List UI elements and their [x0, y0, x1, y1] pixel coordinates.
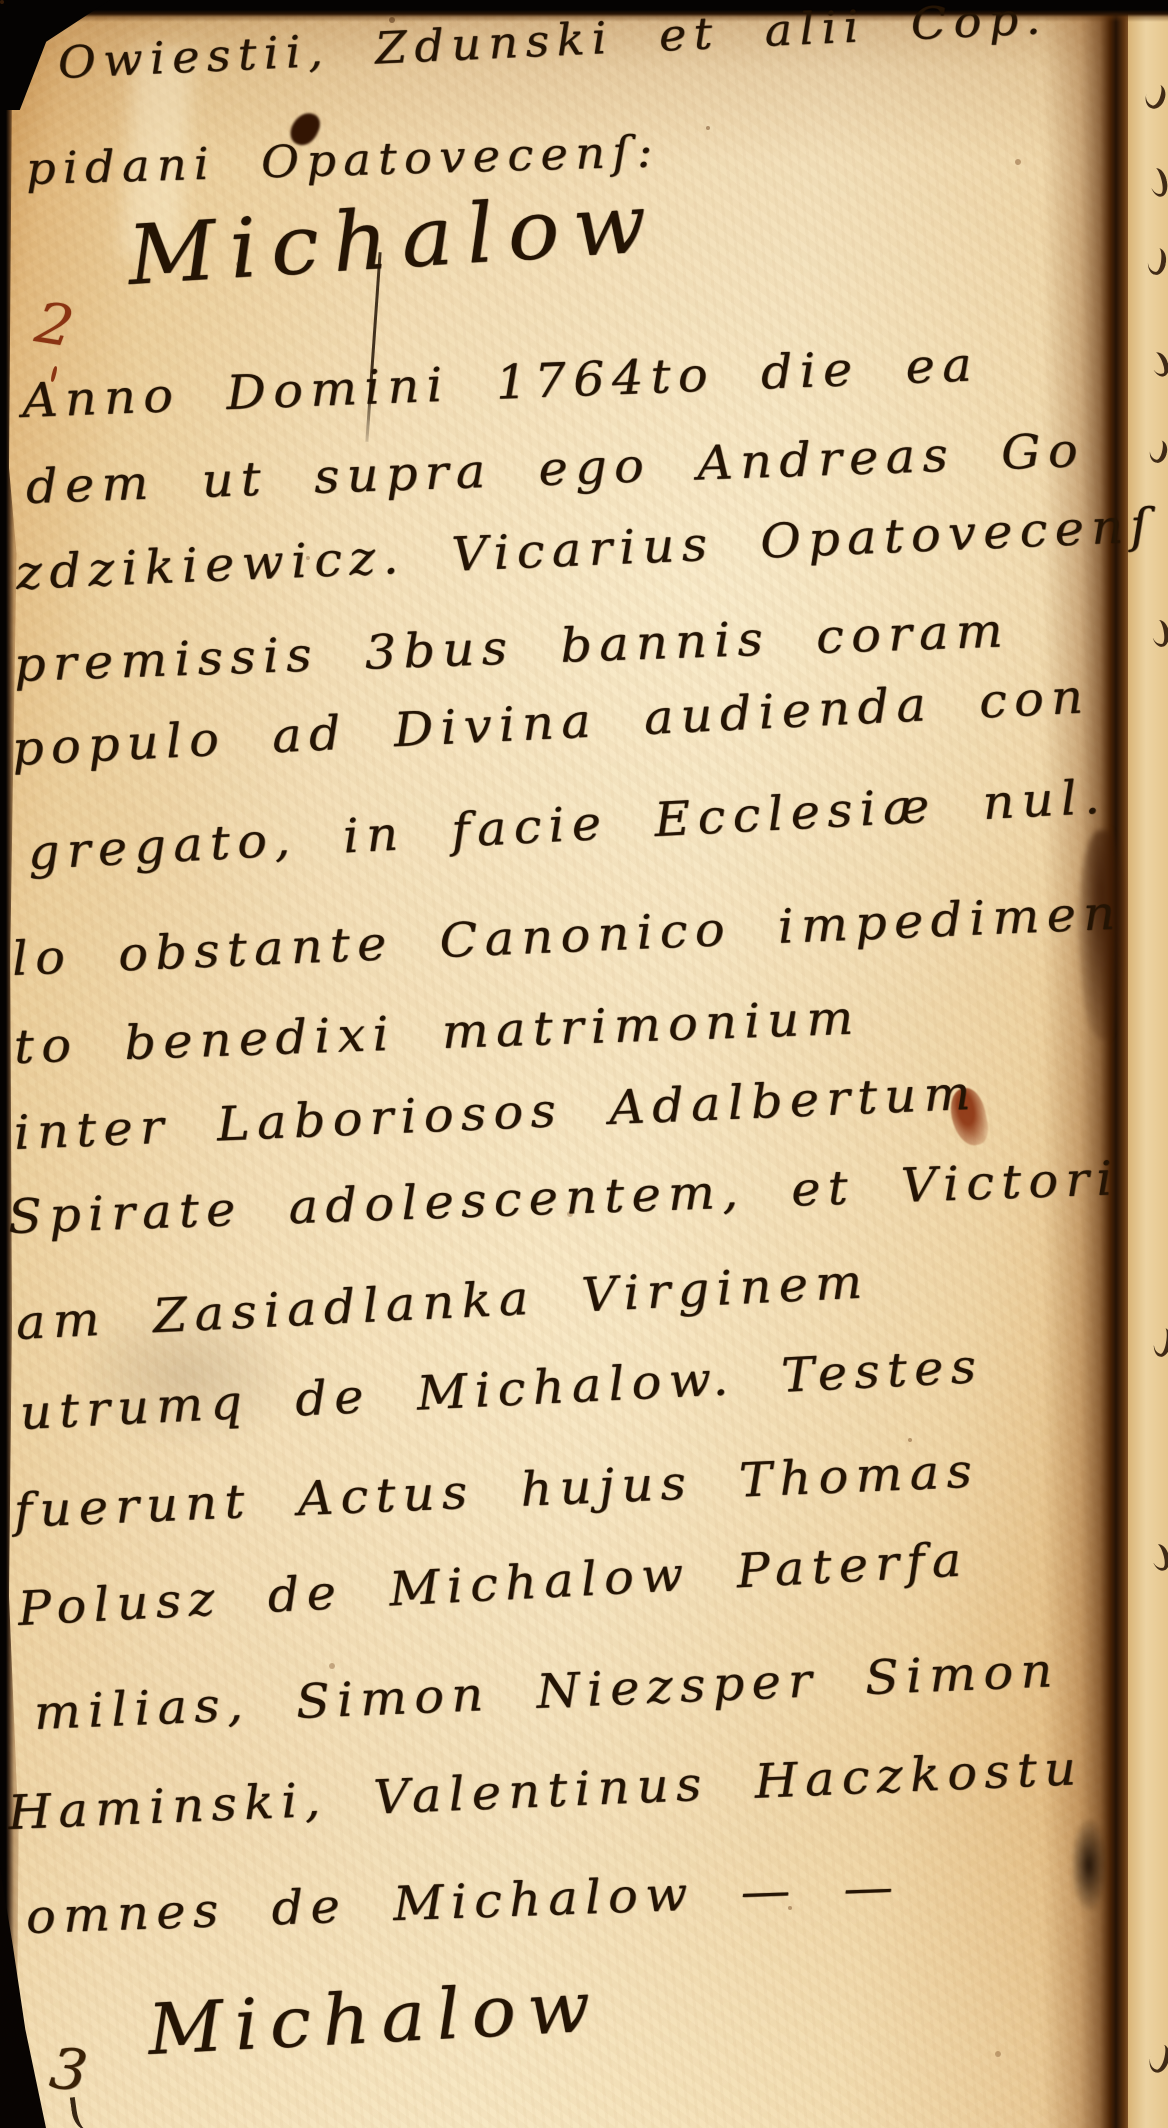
margin-entry-number: 3 [47, 2038, 91, 2103]
binding-gutter-shadow [1042, 0, 1142, 2128]
manuscript-scan: Owiestii, Zdunski et alii Cop. pidani Op… [0, 0, 1168, 2128]
adjacent-page-edge [1128, 0, 1168, 2128]
gutter-dark-knot [1072, 1820, 1106, 1910]
paper-speckles [0, 0, 4, 4]
